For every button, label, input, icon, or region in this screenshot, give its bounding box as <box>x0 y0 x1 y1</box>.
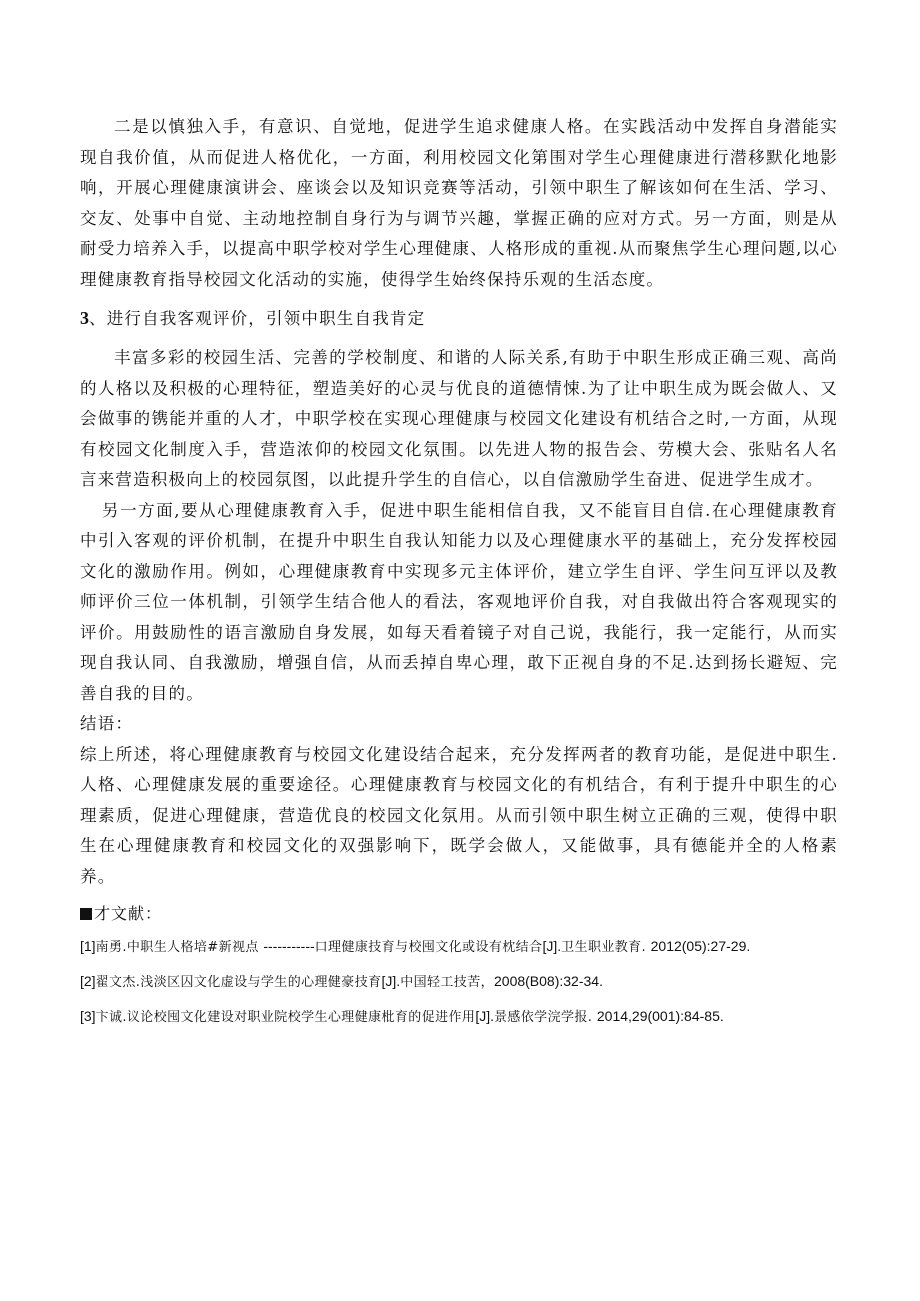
section-heading-3: 3、进行自我客观评价，引领中职生自我肯定 <box>80 303 838 334</box>
reference-id: [3] <box>80 1008 96 1024</box>
reference-item-3: [3]卞诚.议论校囤文化建设对职业院校学生心理健康枇育的促进作用[J].景感依学… <box>80 1008 838 1026</box>
reference-pages: 2014,29(001):84-85. <box>597 1008 724 1024</box>
reference-source: 卫生职业教育. <box>561 940 646 955</box>
conclusion-label: 结语： <box>80 709 838 740</box>
square-bullet-icon <box>80 908 92 920</box>
reference-pages: 2012(05):27-29. <box>651 938 751 954</box>
reference-source: 中国轻工技苦， <box>400 975 494 990</box>
section-title: 、进行自我客观评价，引领中职生自我肯定 <box>89 309 425 328</box>
reference-tag: [J]. <box>475 1008 494 1024</box>
paragraph-campus-life: 丰富多彩的校园生活、完善的学校制度、和谐的人际关系,有助于中职生形成正确三观、高… <box>80 343 838 496</box>
paragraph-evaluation: 另一方面,要从心理健康教育入手，促进中职生能相信自我，又不能盲目自信.在心理健康… <box>80 496 838 710</box>
paragraph-self-discipline: 二是以慎独入手，有意识、自觉地，促进学生追求健康人格。在实践活动中发挥自身潜能实… <box>80 112 838 295</box>
reference-item-2: [2]翟文杰.浅淡区囚文化虚设与学生的心理健豪技育[J].中国轻工技苦，2008… <box>80 973 838 991</box>
reference-item-1: [1]南勇.中职生人格培#新视点 -----------口理健康技育与校囤文化或… <box>80 938 838 956</box>
reference-dashes: ----------- <box>263 938 314 954</box>
reference-pages: 2008(B08):32-34. <box>494 973 603 989</box>
references-title: 才文献： <box>80 900 838 928</box>
reference-source: 景感依学浣学报. <box>494 1010 592 1025</box>
reference-tag: [J]. <box>542 938 561 954</box>
reference-tag: [J]. <box>382 973 401 989</box>
document-page: 二是以慎独入手，有意识、自觉地，促进学生追求健康人格。在实践活动中发挥自身潜能实… <box>80 112 838 1043</box>
conclusion-paragraph: 综上所述，将心理健康教育与校园文化建设结合起来，充分发挥两者的教育功能，是促进中… <box>80 740 838 893</box>
reference-text: 翟文杰.浅淡区囚文化虚设与学生的心理健豪技育 <box>96 975 382 990</box>
reference-subtitle: 口理健康技育与校囤文化或设有枕结合 <box>315 940 543 955</box>
reference-text: 卞诚.议论校囤文化建设对职业院校学生心理健康枇育的促进作用 <box>96 1010 476 1025</box>
reference-text: 南勇.中职生人格培#新视点 <box>96 940 259 955</box>
reference-id: [2] <box>80 973 96 989</box>
references-title-text: 才文献： <box>94 904 162 923</box>
section-number: 3 <box>80 308 89 328</box>
reference-id: [1] <box>80 938 96 954</box>
